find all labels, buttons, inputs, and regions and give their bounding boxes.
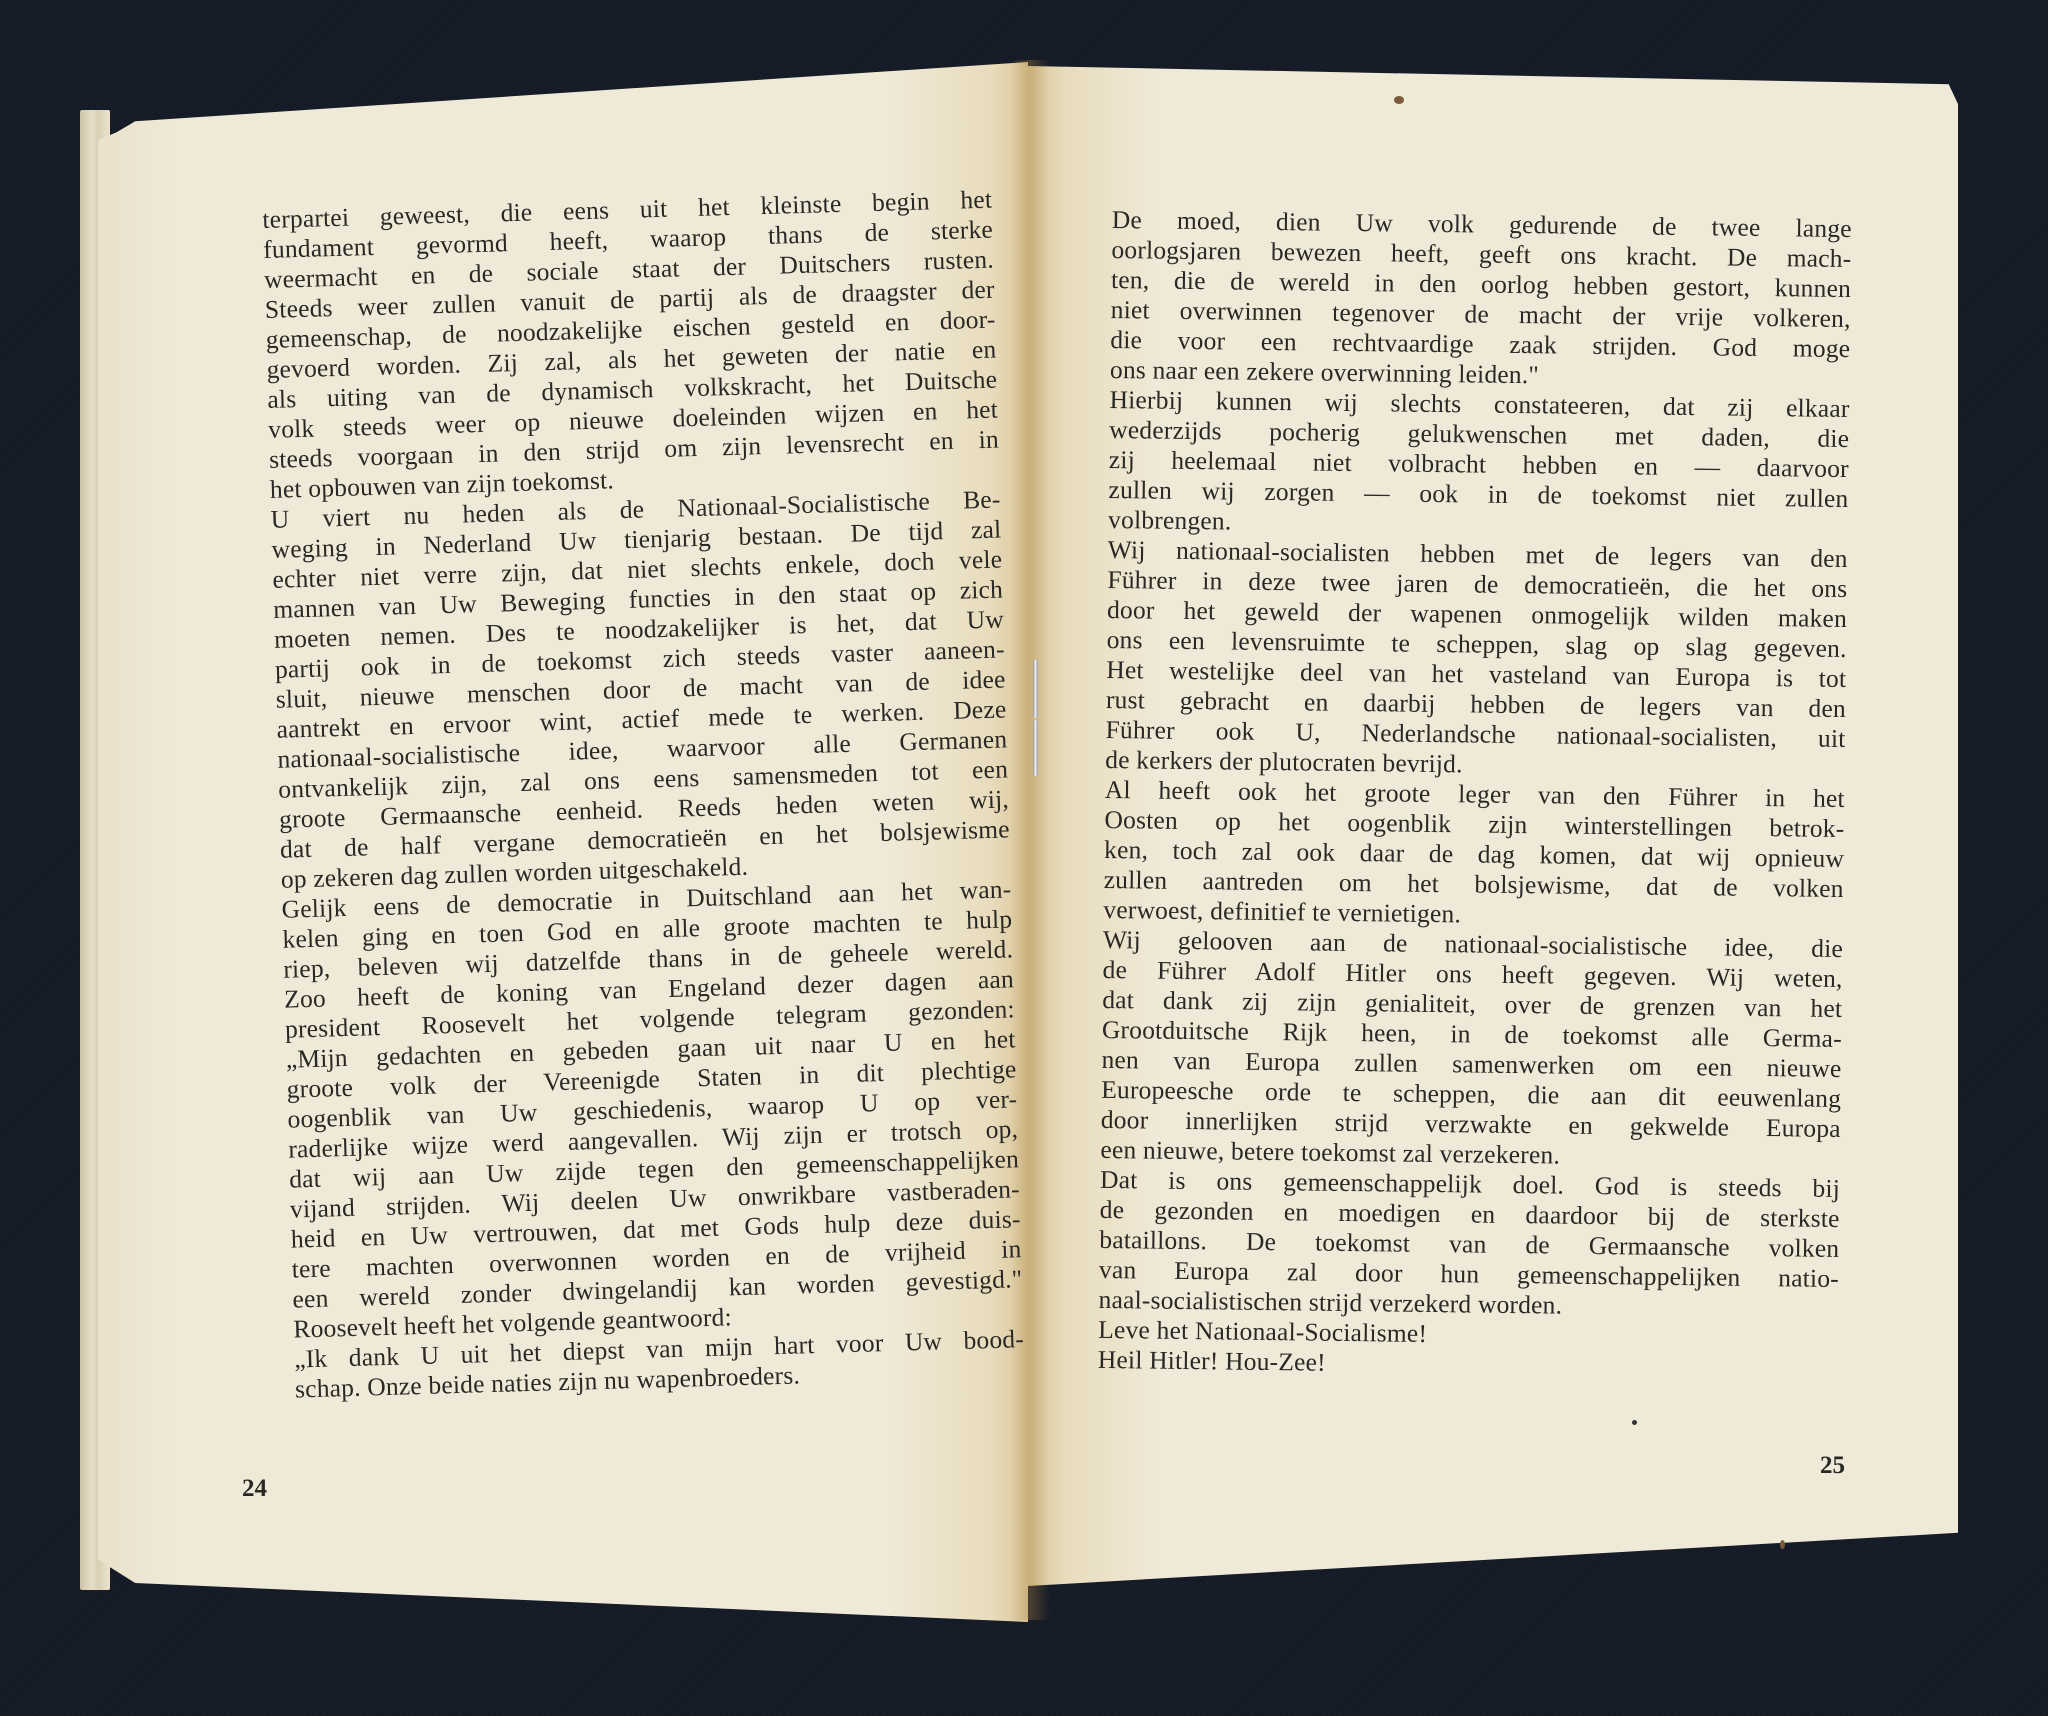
paper-speck [1394,96,1404,104]
staple-icon [1033,660,1038,718]
right-page-text: De moed, dien Uw volk gedurende de twee … [1098,205,1852,1384]
left-page-text: terpartei geweest, die eens uit het klei… [262,185,1025,1405]
paper-speck [1632,1420,1637,1425]
paper-speck [1780,1540,1785,1549]
book-gutter [1010,60,1050,1620]
page-number-right: 25 [1820,1452,1845,1480]
page-number-left: 24 [242,1475,267,1503]
staple-icon [1033,720,1038,776]
open-booklet: terpartei geweest, die eens uit het klei… [0,0,2048,1716]
